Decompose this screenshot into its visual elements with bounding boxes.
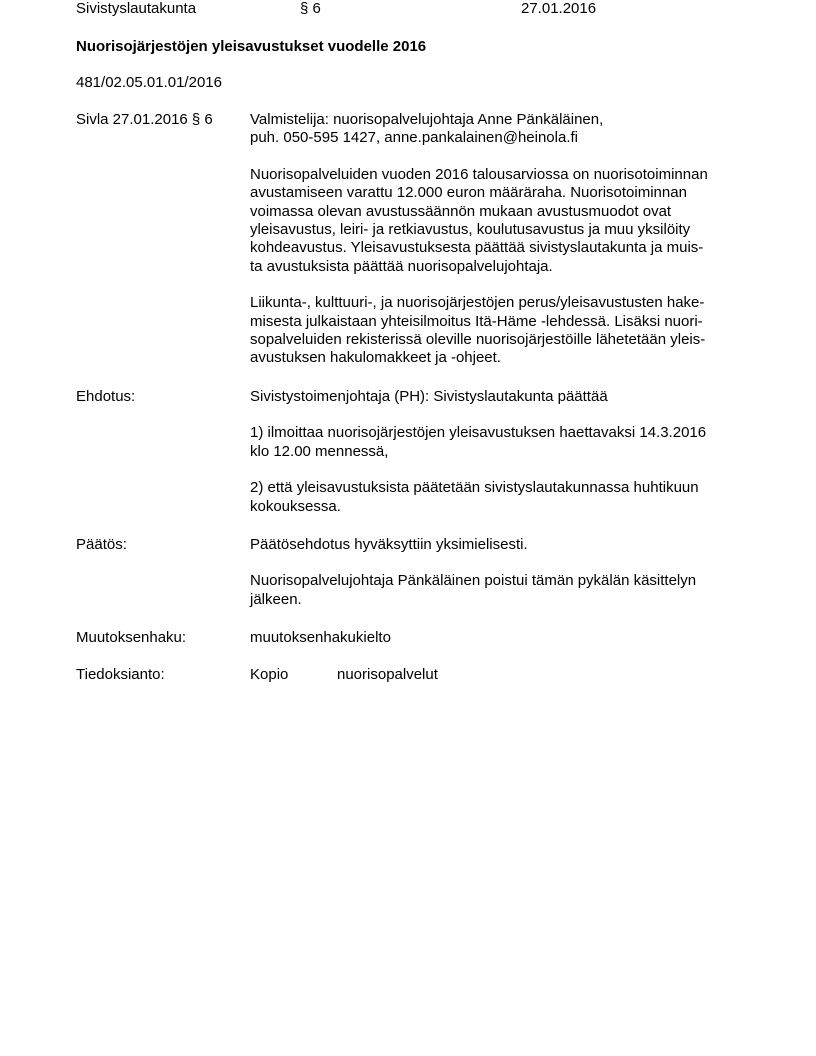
muutoksenhaku-value: muutoksenhakukielto <box>250 629 750 647</box>
budget-paragraph: Nuorisopalveluiden vuoden 2016 talousarv… <box>250 166 750 276</box>
announcement-paragraph: Liikunta-, kulttuuri-, ja nuorisojärjest… <box>250 294 750 368</box>
decision-note: Nuorisopalvelujohtaja Pänkäläinen poistu… <box>250 572 750 609</box>
header-section: § 6 <box>300 0 321 18</box>
document-number: 481/02.05.01.01/2016 <box>76 74 222 92</box>
header-date: 27.01.2016 <box>521 0 596 18</box>
proposal-item-1: 1) ilmoittaa nuorisojärjestöjen yleisavu… <box>250 424 750 461</box>
sivla-content: Valmistelija: nuorisopalvelujohtaja Anne… <box>250 111 750 368</box>
tiedoksianto-content: Kopio nuorisopalvelut <box>250 666 750 684</box>
paatos-label: Päätös: <box>76 536 127 554</box>
muutoksenhaku-label: Muutoksenhaku: <box>76 629 186 647</box>
tiedoksianto-label: Tiedoksianto: <box>76 666 165 684</box>
proposal-item-2: 2) että yleisavustuksista päätetään sivi… <box>250 479 750 516</box>
ehdotus-label: Ehdotus: <box>76 388 135 406</box>
ehdotus-content: Sivistystoimenjohtaja (PH): Sivistyslaut… <box>250 388 750 516</box>
paatos-content: Päätösehdotus hyväksyttiin yksimielisest… <box>250 536 750 609</box>
tiedoksianto-recipient: nuorisopalvelut <box>337 666 438 684</box>
document-title: Nuorisojärjestöjen yleisavustukset vuode… <box>76 38 426 56</box>
header-committee: Sivistyslautakunta <box>76 0 196 18</box>
preparer-info: Valmistelija: nuorisopalvelujohtaja Anne… <box>250 111 750 148</box>
tiedoksianto-type: Kopio <box>250 666 337 684</box>
decision-text: Päätösehdotus hyväksyttiin yksimielisest… <box>250 536 750 554</box>
proposal-intro: Sivistystoimenjohtaja (PH): Sivistyslaut… <box>250 388 750 406</box>
sivla-label: Sivla 27.01.2016 § 6 <box>76 111 213 129</box>
